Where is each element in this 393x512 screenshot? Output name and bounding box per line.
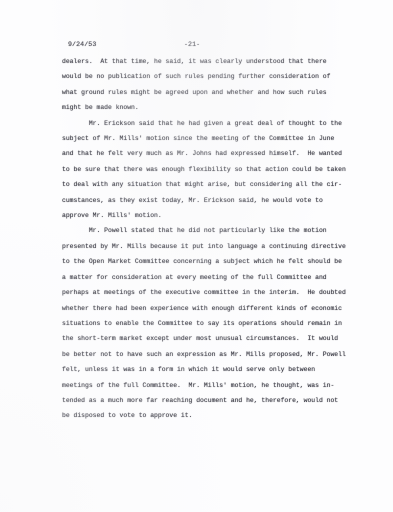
document-date: 9/24/53 (68, 41, 96, 48)
page-number: -21- (184, 41, 200, 48)
paragraph-powell-statement: Mr. Powell stated that he did not partic… (62, 223, 362, 423)
paragraph-erickson-statement: Mr. Erickson said that he had given a gr… (62, 116, 362, 224)
scanned-document-page: 9/24/53 -21- dealers. At that time, he s… (0, 0, 393, 512)
document-header: 9/24/53 -21- (0, 41, 393, 53)
document-body-text: dealers. At that time, he said, it was c… (62, 54, 362, 424)
paragraph-dealers-continuation: dealers. At that time, he said, it was c… (62, 54, 362, 116)
document-scan-layer: 9/24/53 -21- dealers. At that time, he s… (0, 0, 393, 512)
